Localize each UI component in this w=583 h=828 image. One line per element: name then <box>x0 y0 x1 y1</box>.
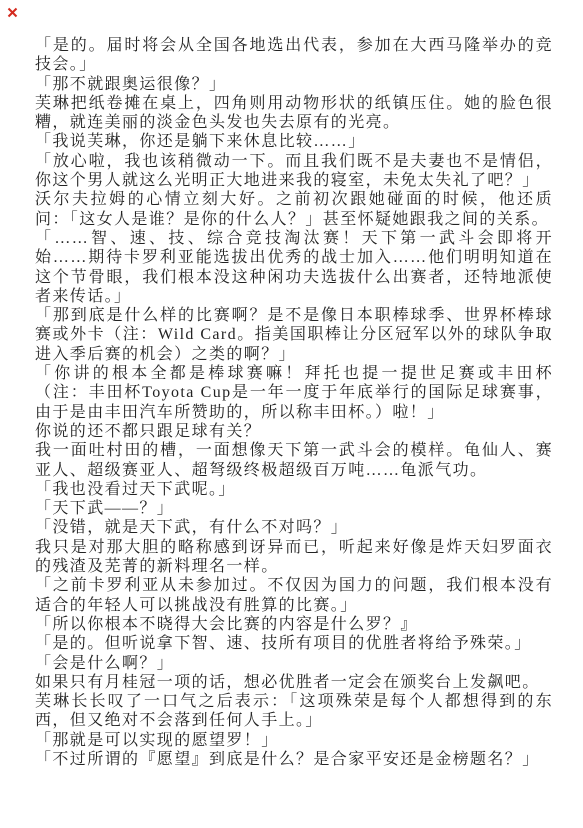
dialogue-line: 「那就是可以实现的愿望罗！」 <box>35 731 553 750</box>
dialogue-line: 「天下武——？」 <box>35 499 553 518</box>
narration-paragraph: 沃尔夫拉姆的心情立刻大好。之前初次跟她碰面的时候，他还质问：「这女人是谁？是你的… <box>35 190 553 229</box>
narration-paragraph: 芙琳把纸卷摊在桌上，四角则用动物形状的纸镇压住。她的脸色很糟，就连美丽的淡金色头… <box>35 94 553 133</box>
dialogue-line: 「之前卡罗利亚从未参加过。不仅因为国力的问题，我们根本没有适合的年轻人可以挑战没… <box>35 576 553 615</box>
dialogue-line: 「我也没看过天下武呢。」 <box>35 480 553 499</box>
narration-paragraph: 我只是对那大胆的略称感到讶异而已，听起来好像是炸天妇罗面衣的残渣及芜菁的新料理名… <box>35 538 553 577</box>
narration-paragraph: 你说的还不都只跟足球有关？ <box>35 422 553 441</box>
dialogue-line: 「你讲的根本全都是棒球赛嘛！拜托也提一提世足赛或丰田杯（注：丰田杯Toyota … <box>35 364 553 422</box>
page-text: 「是的。届时将会从全国各地选出代表，参加在大西马隆举办的竞技会。」 「那不就跟奥… <box>35 36 553 769</box>
dialogue-line: 「我说芙琳，你还是躺下来休息比较……」 <box>35 132 553 151</box>
dialogue-line: 「是的。届时将会从全国各地选出代表，参加在大西马隆举办的竞技会。」 <box>35 36 553 75</box>
broken-image-icon <box>7 5 18 16</box>
dialogue-line: 「是的。但听说拿下智、速、技所有项目的优胜者将给予殊荣。」 <box>35 634 553 653</box>
dialogue-line: 「没错，就是天下武，有什么不对吗？」 <box>35 518 553 537</box>
dialogue-line: 「那不就跟奥运很像？」 <box>35 75 553 94</box>
dialogue-line: 「……智、速、技、综合竞技淘汰赛！天下第一武斗会即将开始……期待卡罗利亚能选拔出… <box>35 229 553 306</box>
dialogue-line: 「所以你根本不晓得大会比赛的内容是什么罗？』 <box>35 615 553 634</box>
narration-paragraph: 我一面吐村田的槽，一面想像天下第一武斗会的模样。龟仙人、赛亚人、超级赛亚人、超弩… <box>35 441 553 480</box>
dialogue-line: 「那到底是什么样的比赛啊？是不是像日本职棒球季、世界杯棒球赛或外卡（注：Wild… <box>35 306 553 364</box>
book-page: 「是的。届时将会从全国各地选出代表，参加在大西马隆举办的竞技会。」 「那不就跟奥… <box>0 0 583 828</box>
dialogue-line: 「放心啦，我也该稍微动一下。而且我们既不是夫妻也不是情侣，你这个男人就这么光明正… <box>35 152 553 191</box>
dialogue-line: 「会是什么啊？」 <box>35 654 553 673</box>
dialogue-line: 「不过所谓的『愿望』到底是什么？是合家平安还是金榜题名？」 <box>35 750 553 769</box>
narration-paragraph: 如果只有月桂冠一项的话，想必优胜者一定会在颁奖台上发飙吧。 <box>35 673 553 692</box>
narration-paragraph: 芙琳长长叹了一口气之后表示：「这项殊荣是每个人都想得到的东西，但又绝对不会落到任… <box>35 692 553 731</box>
